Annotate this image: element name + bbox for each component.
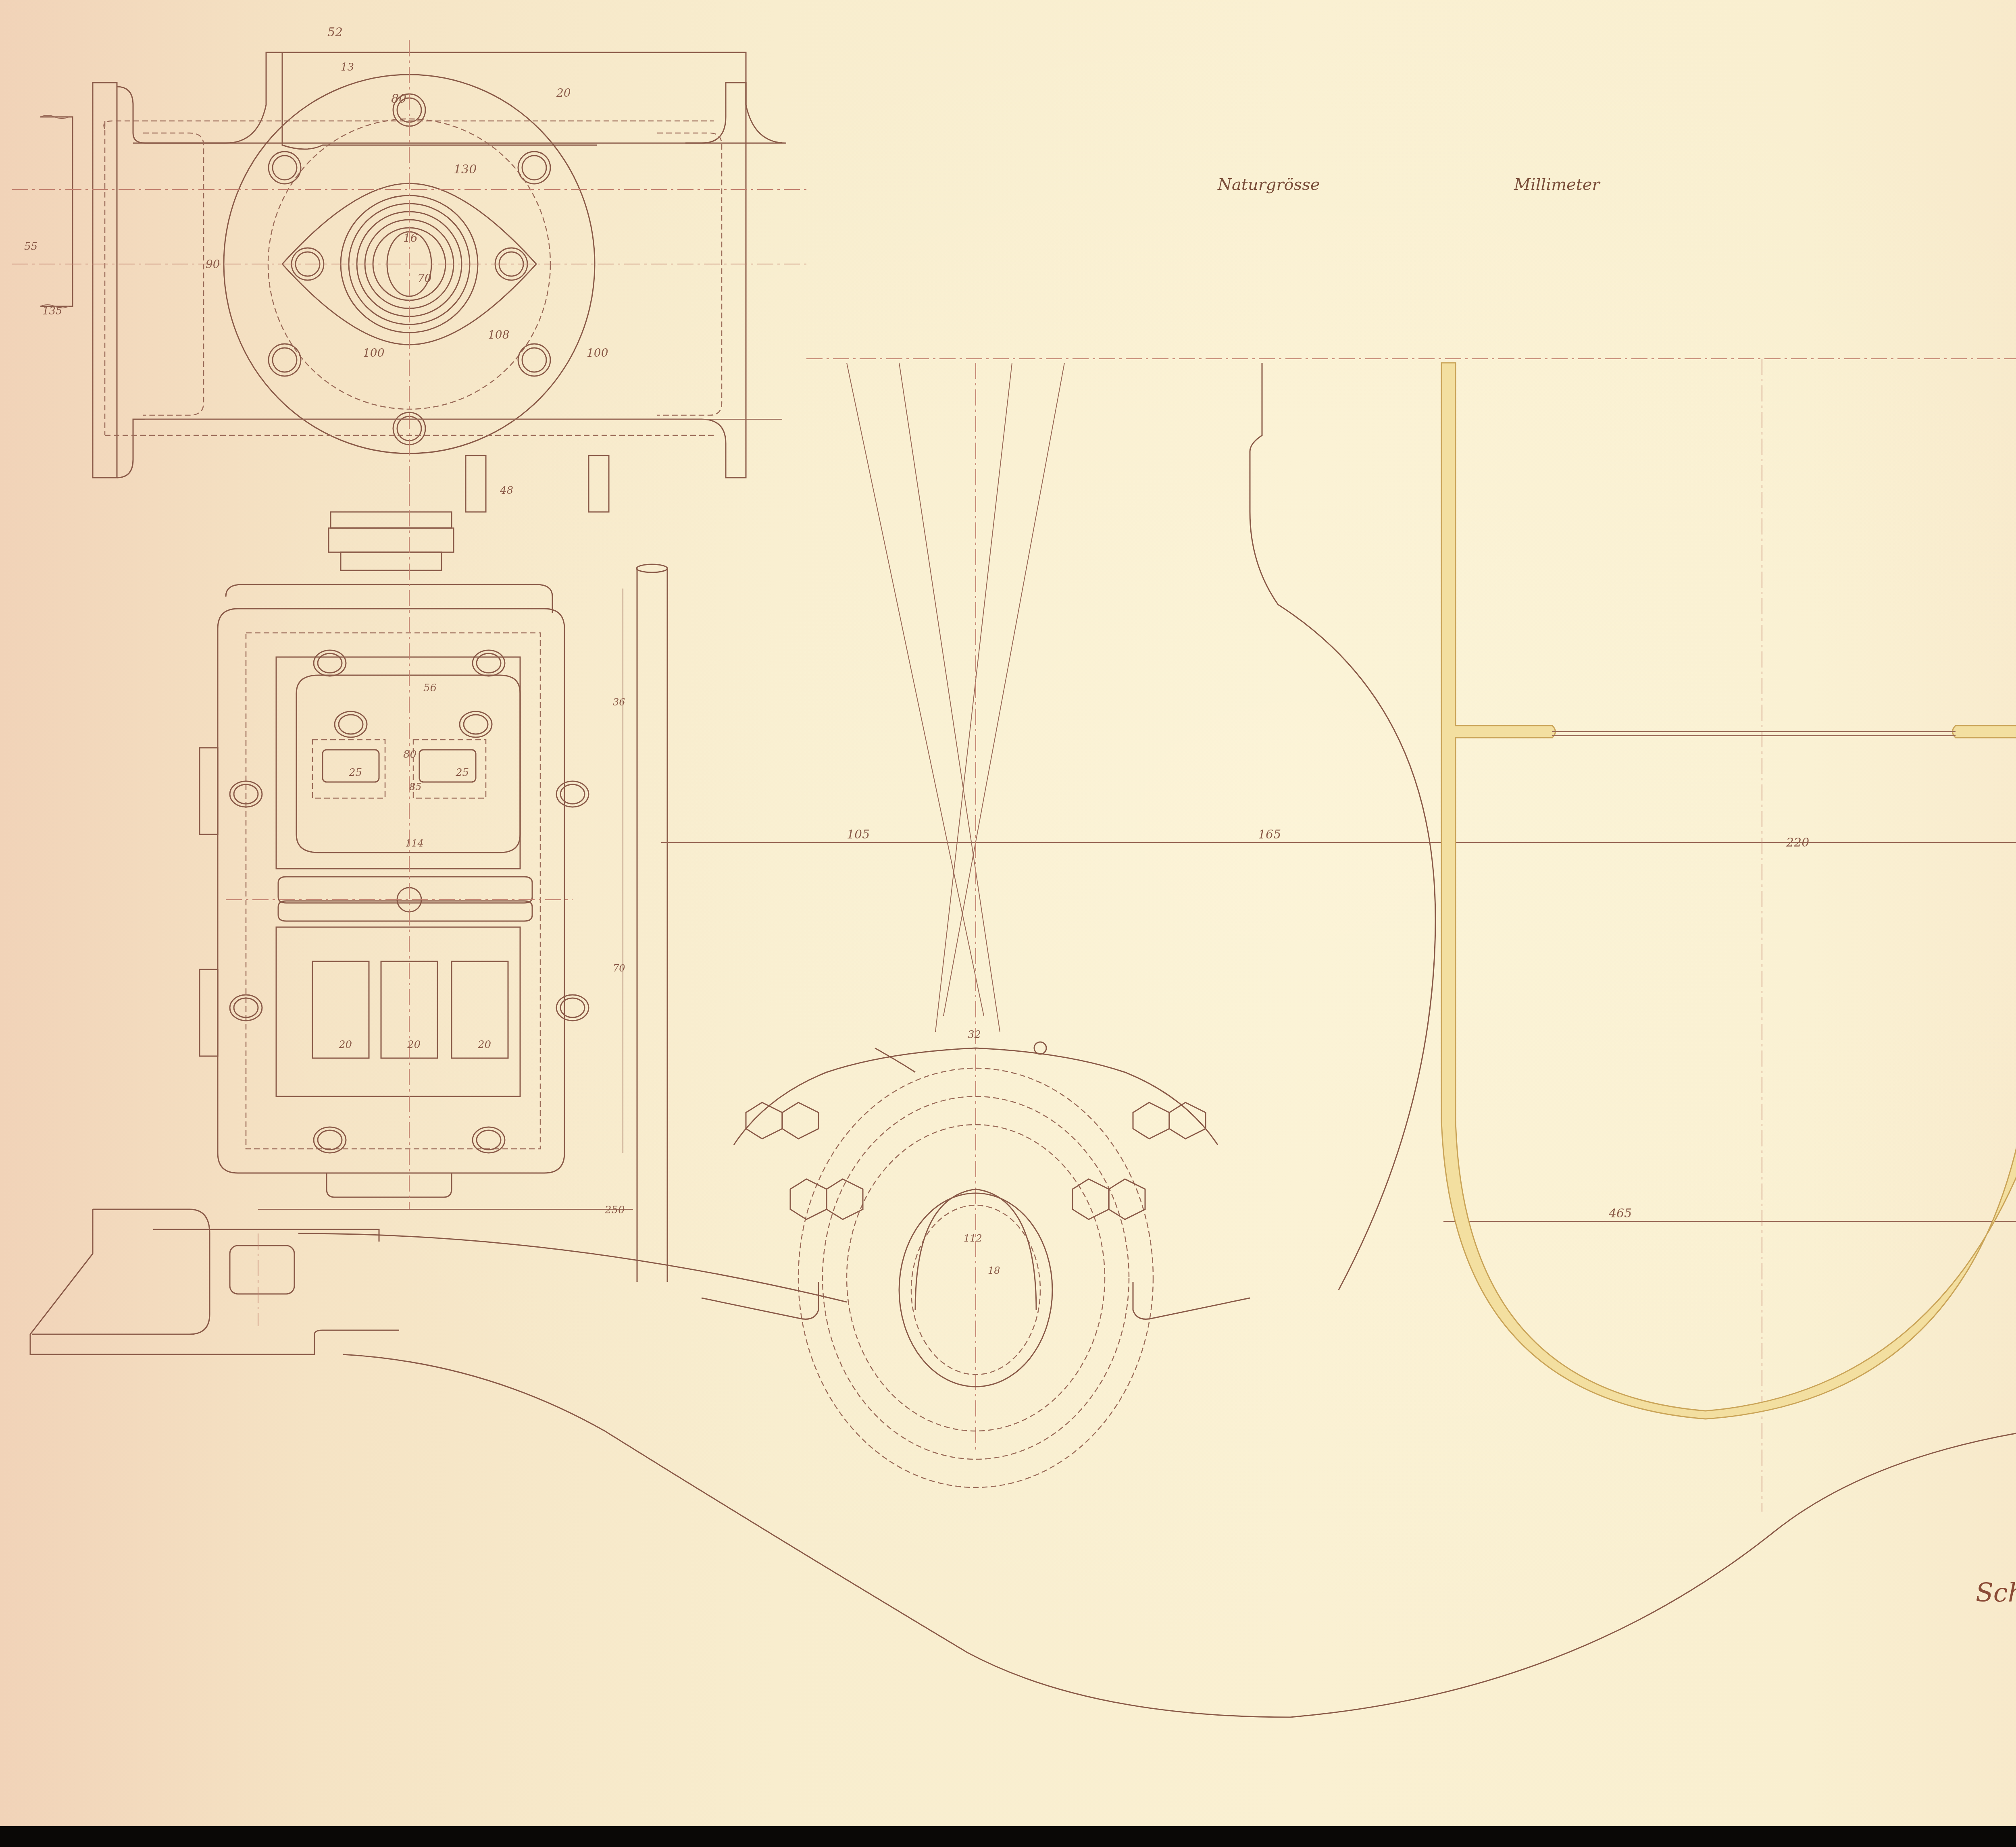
hull-section [1441, 363, 2016, 1419]
svg-text:220: 220 [1786, 836, 1809, 850]
svg-text:16: 16 [403, 231, 418, 245]
svg-text:36: 36 [613, 697, 625, 708]
svg-text:465: 465 [1608, 1206, 1632, 1221]
svg-text:130: 130 [454, 162, 477, 177]
svg-text:135: 135 [42, 305, 62, 317]
svg-text:18: 18 [988, 1265, 1000, 1276]
svg-text:90: 90 [206, 258, 220, 271]
svg-text:114: 114 [405, 838, 424, 849]
svg-text:80: 80 [391, 92, 406, 106]
svg-text:56: 56 [423, 682, 437, 694]
svg-text:20: 20 [338, 1039, 352, 1051]
svg-text:250: 250 [604, 1204, 625, 1216]
svg-text:20: 20 [477, 1039, 491, 1051]
svg-text:108: 108 [488, 328, 509, 341]
plan-view: 52 13 80 20 130 16 70 108 100 100 90 55 … [12, 25, 806, 512]
main-span-dimensions: 105 165 220 465 [661, 359, 2016, 1512]
scan-edge-bottom [0, 1826, 2016, 1847]
base-bracket [30, 1209, 2016, 1717]
svg-text:25: 25 [455, 767, 469, 779]
svg-text:100: 100 [363, 346, 384, 360]
svg-text:85: 85 [409, 781, 422, 792]
scale-note: Naturgrösse [1218, 175, 1320, 194]
svg-text:165: 165 [1258, 828, 1281, 842]
svg-text:55: 55 [24, 241, 37, 253]
piston-rod [637, 564, 667, 1282]
svg-text:25: 25 [348, 767, 362, 779]
svg-text:112: 112 [964, 1233, 982, 1244]
drawing-sheet: .ln { fill: none; stroke: #8a5a48; strok… [0, 0, 2016, 1826]
svg-text:20: 20 [556, 86, 571, 100]
crank-view: 32 112 18 [702, 363, 1435, 1487]
svg-text:52: 52 [327, 25, 343, 40]
svg-text:70: 70 [417, 272, 432, 285]
svg-text:13: 13 [341, 61, 354, 73]
valve-face-view: 56 80 25 25 85 114 20 20 20 250 36 70 [200, 484, 633, 1216]
svg-text:48: 48 [500, 485, 513, 497]
signature: Schmidt [1976, 1578, 2016, 1608]
svg-text:105: 105 [847, 828, 870, 842]
svg-text:100: 100 [587, 346, 608, 360]
svg-text:70: 70 [613, 963, 625, 974]
svg-text:20: 20 [407, 1039, 421, 1051]
unit-note: Millimeter [1514, 175, 1600, 194]
svg-text:80: 80 [403, 749, 417, 761]
svg-text:32: 32 [968, 1029, 981, 1041]
technical-drawing: .ln { fill: none; stroke: #8a5a48; strok… [0, 0, 2016, 1826]
